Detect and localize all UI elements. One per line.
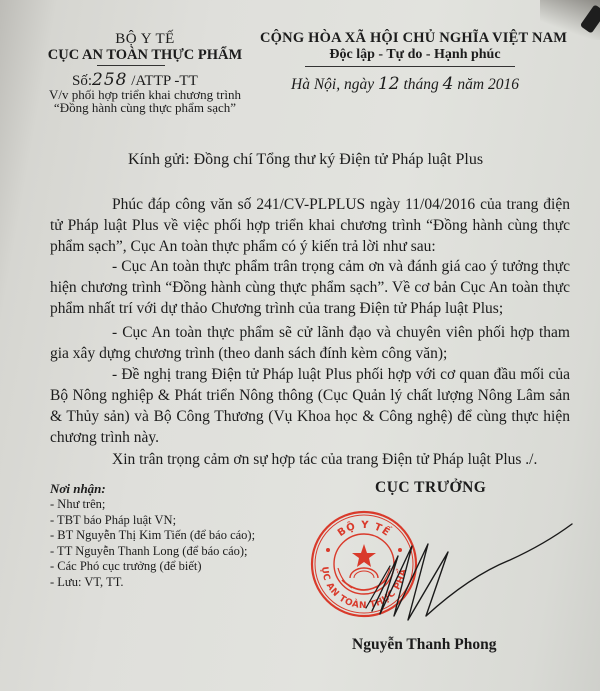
recipient-item: - TT Nguyễn Thanh Long (để báo cáo); xyxy=(50,544,255,560)
date-month-label: tháng xyxy=(400,76,443,93)
date-month: 4 xyxy=(443,74,454,94)
body-paragraph-3: - Cục An toàn thực phẩm sẽ cử lãnh đạo v… xyxy=(50,322,570,364)
recipient-item: - BT Nguyễn Thị Kim Tiến (để báo cáo); xyxy=(50,528,255,544)
national-motto: Độc lập - Tự do - Hạnh phúc xyxy=(300,47,530,63)
recipient-item: - Như trên; xyxy=(50,497,255,513)
paragraph-text: Phúc đáp công văn số 241/CV-PLPLUS ngày … xyxy=(50,194,570,257)
date-year: năm 2016 xyxy=(454,76,519,93)
signer-title: CỤC TRƯỞNG xyxy=(375,479,486,497)
paragraph-text: Xin trân trọng cảm ơn sự hợp tác của tra… xyxy=(50,449,570,470)
signer-name: Nguyễn Thanh Phong xyxy=(352,636,496,654)
document-date: Hà Nội, ngày 12 tháng 4 năm 2016 xyxy=(291,74,519,94)
date-prefix: Hà Nội, ngày xyxy=(291,76,378,93)
date-day: 12 xyxy=(378,74,400,94)
body-paragraph-1: Phúc đáp công văn số 241/CV-PLPLUS ngày … xyxy=(50,194,570,257)
handwritten-signature-icon xyxy=(350,516,575,626)
department-name: CỤC AN TOÀN THỰC PHẨM xyxy=(40,47,250,64)
recipient-item: - Lưu: VT, TT. xyxy=(50,575,255,591)
ministry-name: BỘ Y TẾ xyxy=(40,31,250,48)
paragraph-text: - Cục An toàn thực phẩm trân trọng cảm ơ… xyxy=(50,256,570,319)
body-paragraph-2: - Cục An toàn thực phẩm trân trọng cảm ơ… xyxy=(50,256,570,319)
nation-title: CỘNG HÒA XÃ HỘI CHỦ NGHĨA VIỆT NAM xyxy=(260,30,600,47)
recipients-list: - Như trên; - TBT báo Pháp luật VN; - BT… xyxy=(50,497,255,590)
recipient-item: - TBT báo Pháp luật VN; xyxy=(50,513,255,529)
paragraph-text: - Đề nghị trang Điện tử Pháp luật Plus p… xyxy=(50,364,570,448)
header-right-rule xyxy=(305,66,515,67)
body-paragraph-4: - Đề nghị trang Điện tử Pháp luật Plus p… xyxy=(50,364,570,448)
paragraph-text: - Cục An toàn thực phẩm sẽ cử lãnh đạo v… xyxy=(50,322,570,364)
recipients-title: Nơi nhận: xyxy=(50,481,106,497)
subject-line-2: “Đồng hành cùng thực phẩm sạch” xyxy=(40,100,250,116)
recipient-item: - Các Phó cục trưởng (để biết) xyxy=(50,559,255,575)
header-left-rule xyxy=(97,65,165,66)
body-paragraph-5: Xin trân trọng cảm ơn sự hợp tác của tra… xyxy=(50,449,570,470)
addressee: Kính gửi: Đồng chí Tổng thư ký Điện tử P… xyxy=(128,151,483,169)
